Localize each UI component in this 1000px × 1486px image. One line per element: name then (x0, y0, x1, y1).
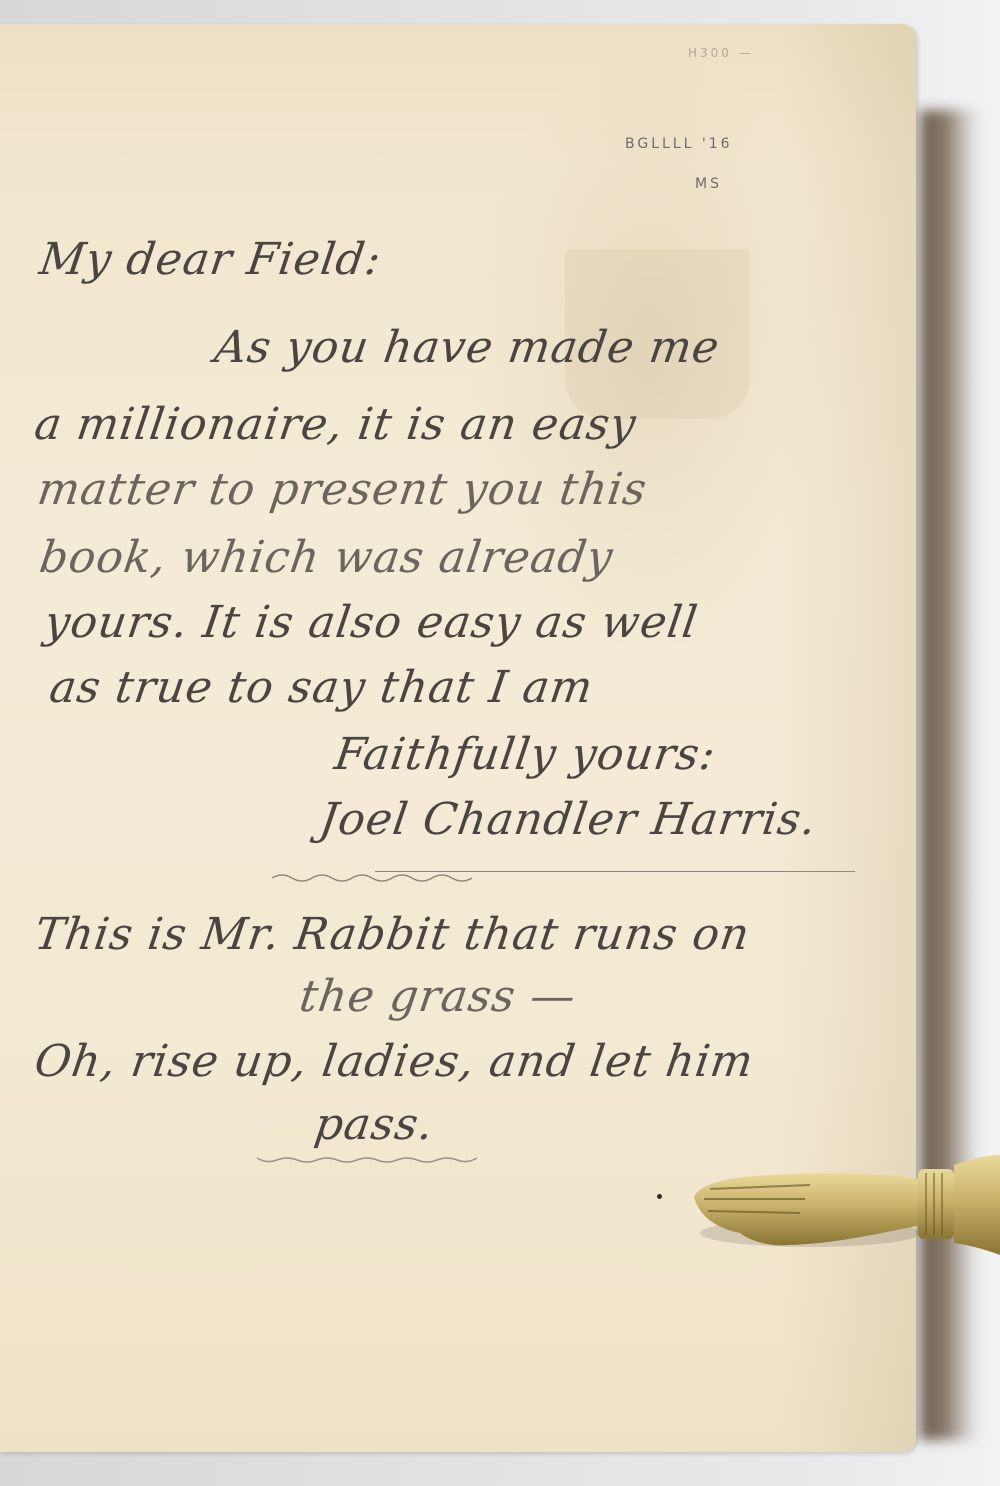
letter-line-1: As you have made me (211, 322, 723, 373)
letter-signature: Joel Chandler Harris. (316, 794, 820, 845)
letter-line-5: yours. It is also easy as well (41, 597, 701, 648)
pencil-catalog-note: BGLLLL '16 (625, 136, 733, 152)
ink-dot (657, 1194, 662, 1199)
brass-hand-page-clip-icon (690, 1155, 1000, 1255)
letter-line-4: book, which was already (36, 532, 616, 583)
letter-salutation: My dear Field: (36, 234, 384, 285)
divider-squiggle-bottom (255, 1152, 485, 1168)
letter-line-2: a millionaire, it is an easy (31, 399, 639, 450)
verse-line-3: Oh, rise up, ladies, and let him (31, 1036, 757, 1087)
letter-closing: Faithfully yours: (331, 729, 719, 780)
letter-line-6: as true to say that I am (46, 662, 596, 713)
verse-line-2: the grass — (296, 971, 579, 1022)
divider-squiggle-top (270, 870, 490, 886)
verse-line-4: pass. (311, 1099, 437, 1150)
pencil-price-note: H300 — (688, 46, 754, 60)
letter-line-3: matter to present you this (34, 464, 650, 515)
verse-line-1: This is Mr. Rabbit that runs on (31, 909, 753, 960)
pencil-initials: MS (695, 176, 722, 192)
